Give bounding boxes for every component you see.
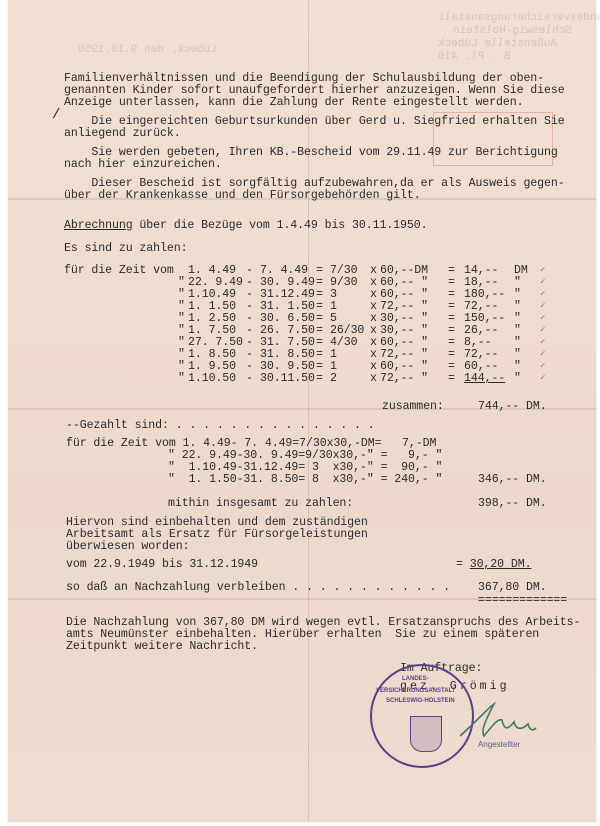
date-line-showthrough: Lübeck, den 9.10.1950 <box>78 44 217 56</box>
abrechnung-heading: Abrechnung über die Bezüge vom 1.4.49 bi… <box>64 219 427 232</box>
row-dash: - <box>246 372 253 385</box>
withheld-period: vom 22.9.1949 bis 31.12.1949 <box>66 558 258 571</box>
paid-total: 346,-- DM. <box>478 473 547 486</box>
para3-line: nach hier einzureichen. <box>64 158 222 171</box>
sender-line: Außenstelle Lübeck <box>438 38 557 50</box>
withheld-line: überwiesen worden: <box>66 540 189 553</box>
row-to: 30.11.50 <box>260 372 315 385</box>
net-value: 398,-- DM. <box>478 497 547 510</box>
closing-line: Zeitpunkt weitere Nachricht. <box>66 640 258 653</box>
margin-mark: / <box>52 107 60 123</box>
para1-line: Anzeige unterlassen, kann die Zahlung de… <box>64 96 523 109</box>
sender-block-showthrough: Landesversicherungsanstalt <box>438 12 600 24</box>
document-page: Landesversicherungsanstalt Schleswig-Hol… <box>8 0 596 822</box>
remaining-value: 367,80 DM. <box>478 581 547 594</box>
paid-label: --Gezahlt sind: . . . . . . . . . . . . … <box>66 419 375 432</box>
stamp-text: LANDES- <box>402 676 429 682</box>
net-label: mithin insgesamt zu zahlen: <box>168 497 353 510</box>
row-rate: 72,-- " <box>380 372 428 385</box>
paid-row: " 1. 1.50-31. 8.50= 8 x30,-" = 240,- " <box>168 473 442 486</box>
period-prefix: für die Zeit vom <box>64 264 174 277</box>
row-equals: = <box>316 372 323 385</box>
row-amount: 144,-- <box>464 372 505 385</box>
row-times: x <box>370 372 377 385</box>
handwritten-signature <box>458 700 538 740</box>
total-value: 744,-- DM. <box>478 400 547 413</box>
check-mark-icon: ✓ <box>540 372 545 385</box>
remaining-label: so daß an Nachzahlung verbleiben . . . .… <box>66 581 450 594</box>
withheld-value: = 30,20 DM. <box>456 558 531 571</box>
stamp-text: VERSICHERUNGSANSTALT <box>376 688 455 694</box>
stamp-text: SCHLESWIG-HOLSTEIN <box>386 698 455 704</box>
row-unit: " <box>514 372 521 385</box>
coat-of-arms-icon <box>410 716 442 752</box>
remaining-underline: ============= <box>478 594 567 607</box>
row-factor: 2 <box>330 372 337 385</box>
role-label: Angestellter <box>478 740 520 749</box>
row-from: 1.10.50 <box>188 372 236 385</box>
para4-line: über der Krankenkasse und den Fürsorgebe… <box>64 189 421 202</box>
row-equals: = <box>448 372 455 385</box>
ditto-mark: " <box>178 372 185 385</box>
to-pay-label: Es sind zu zahlen: <box>64 242 187 255</box>
sender-line: B - Pl. 416 <box>438 51 511 63</box>
sender-line: Schleswig-Holstein <box>453 25 572 37</box>
para2-line: anliegend zurück. <box>64 127 181 140</box>
total-label: zusammen: <box>382 400 444 413</box>
